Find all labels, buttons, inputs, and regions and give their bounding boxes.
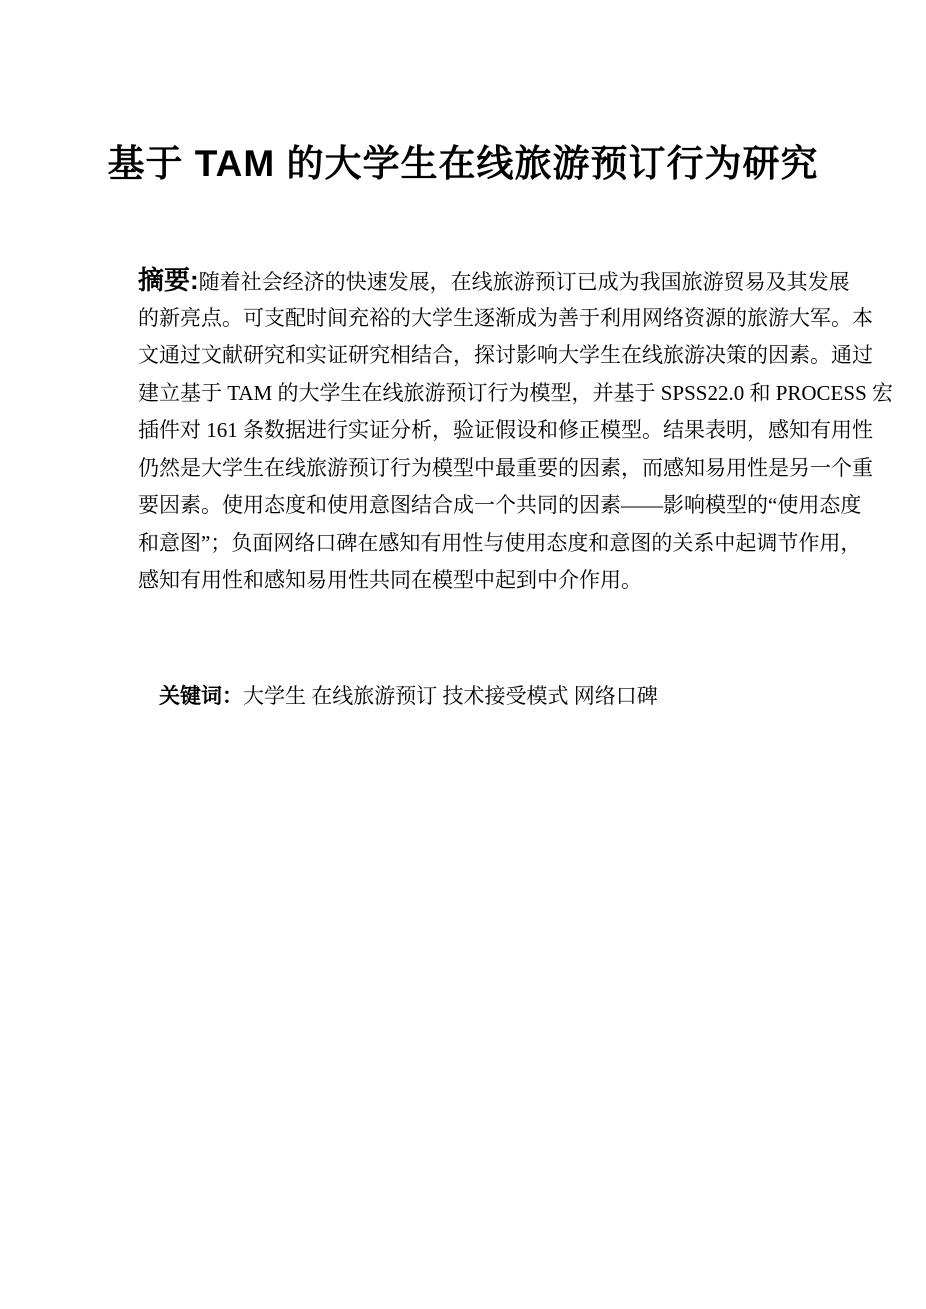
abstract-section: 摘要:随着社会经济的快速发展，在线旅游预订已成为我国旅游贸易及其发展 的新亮点。… — [138, 262, 801, 600]
abstract-line: 插件对 161 条数据进行实证分析，验证假设和修正模型。结果表明，感知有用性 — [138, 412, 801, 450]
abstract-label: 摘要: — [138, 265, 199, 295]
paper-page: 基于 TAM 的大学生在线旅游预订行为研究 摘要:随着社会经济的快速发展，在线旅… — [0, 0, 926, 1309]
keywords-section: 关键词：大学生 在线旅游预订 技术接受模式 网络口碑 — [138, 640, 801, 753]
abstract-line: 文通过文献研究和实证研究相结合，探讨影响大学生在线旅游决策的因素。通过 — [138, 337, 801, 375]
abstract-line: 仍然是大学生在线旅游预订行为模型中最重要的因素，而感知易用性是另一个重 — [138, 450, 801, 488]
abstract-line: 感知有用性和感知易用性共同在模型中起到中介作用。 — [138, 562, 801, 600]
abstract-line: 摘要:随着社会经济的快速发展，在线旅游预订已成为我国旅游贸易及其发展 — [138, 262, 801, 300]
abstract-text: 随着社会经济的快速发展，在线旅游预订已成为我国旅游贸易及其发展 — [199, 270, 850, 294]
abstract-line: 要因素。使用态度和使用意图结合成一个共同的因素——影响模型的“使用态度 — [138, 487, 801, 525]
paper-title: 基于 TAM 的大学生在线旅游预订行为研究 — [0, 144, 926, 184]
abstract-line: 和意图”；负面网络口碑在感知有用性与使用态度和意图的关系中起调节作用， — [138, 525, 801, 563]
keywords-label: 关键词： — [159, 685, 243, 708]
abstract-line: 建立基于 TAM 的大学生在线旅游预订行为模型，并基于 SPSS22.0 和 P… — [138, 375, 801, 413]
keywords-text: 大学生 在线旅游预订 技术接受模式 网络口碑 — [243, 684, 658, 708]
abstract-line: 的新亮点。可支配时间充裕的大学生逐渐成为善于利用网络资源的旅游大军。本 — [138, 300, 801, 338]
